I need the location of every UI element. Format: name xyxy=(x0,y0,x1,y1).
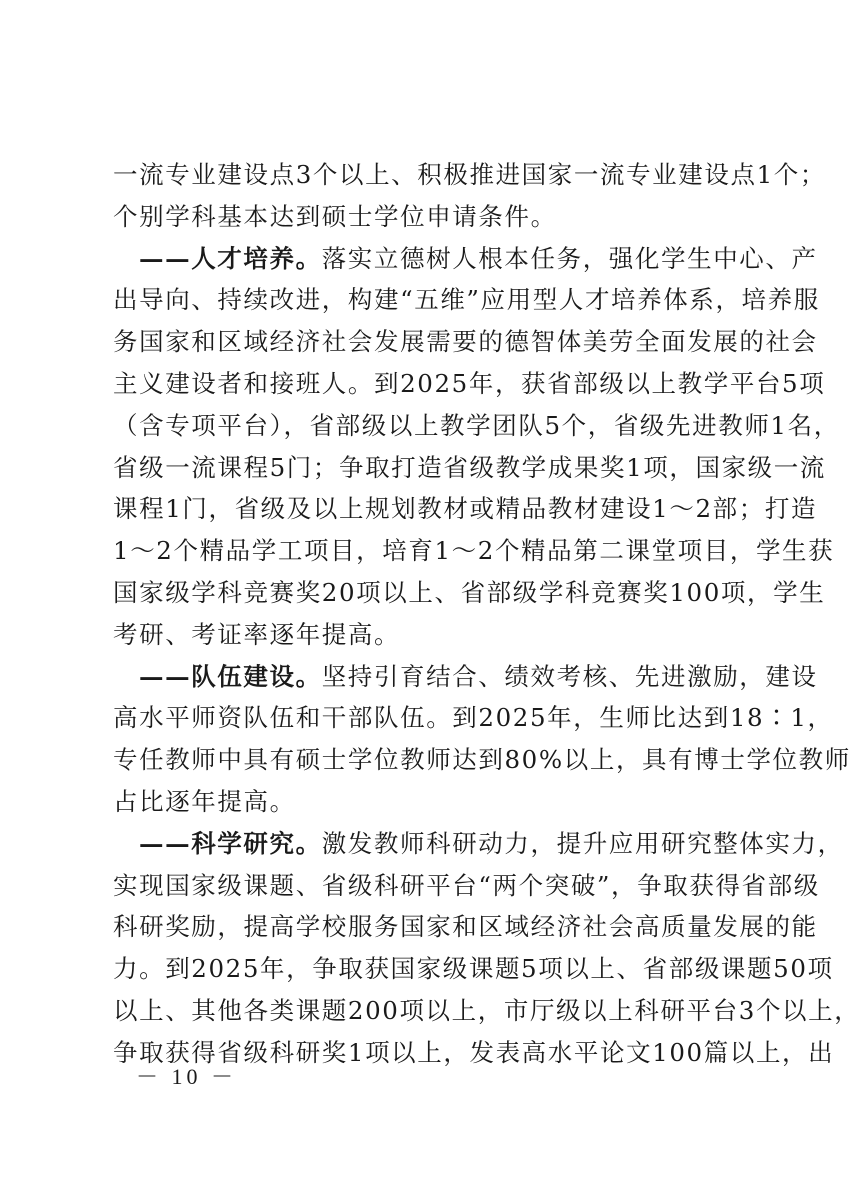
document-page: 一流专业建设点3个以上、积极推进国家一流专业建设点1个； 个别学科基本达到硕士学… xyxy=(0,0,849,1200)
text-line: 省级一流课程5门；争取打造省级教学成果奖1项，国家级一流 xyxy=(113,447,743,489)
text-line: 科研奖励，提高学校服务国家和区域经济社会高质量发展的能 xyxy=(113,906,743,948)
text-line: 出导向、持续改进，构建“五维”应用型人才培养体系，培养服 xyxy=(113,279,743,321)
section-heading-line: ——队伍建设。坚持引育结合、绩效考核、先进激励，建设 xyxy=(113,656,743,698)
body-text: 一流专业建设点3个以上、积极推进国家一流专业建设点1个； 个别学科基本达到硕士学… xyxy=(113,154,743,1074)
text-line: 高水平师资队伍和干部队伍。到2025年，生师比达到18∶1， xyxy=(113,697,743,739)
text-line: 国家级学科竞赛奖20项以上、省部级学科竞赛奖100项，学生 xyxy=(113,572,743,614)
text-line: 专任教师中具有硕士学位教师达到80%以上，具有博士学位教师 xyxy=(113,739,743,781)
section-heading-scientific-research: ——科学研究。 xyxy=(139,829,322,858)
section-heading-team-building: ——队伍建设。 xyxy=(139,662,322,691)
section-heading-line: ——科学研究。激发教师科研动力，提升应用研究整体实力， xyxy=(113,823,743,865)
text-line: 以上、其他各类课题200项以上，市厅级以上科研平台3个以上， xyxy=(113,990,743,1032)
text-line: 坚持引育结合、绩效考核、先进激励，建设 xyxy=(322,662,818,691)
text-line: 一流专业建设点3个以上、积极推进国家一流专业建设点1个； xyxy=(113,154,743,196)
page-number: － 10 － xyxy=(136,1060,237,1091)
text-line: （含专项平台），省部级以上教学团队5个，省级先进教师1名， xyxy=(113,405,743,447)
text-line: 课程1门，省级及以上规划教材或精品教材建设1～2部；打造 xyxy=(113,488,743,530)
text-line: 1～2个精品学工项目，培育1～2个精品第二课堂项目，学生获 xyxy=(113,530,743,572)
text-line: 力。到2025年，争取获国家级课题5项以上、省部级课题50项 xyxy=(113,948,743,990)
text-line: 主义建设者和接班人。到2025年，获省部级以上教学平台5项 xyxy=(113,363,743,405)
text-line: 占比逐年提高。 xyxy=(113,781,743,823)
text-line: 落实立德树人根本任务，强化学生中心、产 xyxy=(322,244,818,273)
text-line: 考研、考证率逐年提高。 xyxy=(113,614,743,656)
section-heading-line: ——人才培养。落实立德树人根本任务，强化学生中心、产 xyxy=(113,238,743,280)
text-line: 实现国家级课题、省级科研平台“两个突破”，争取获得省部级 xyxy=(113,865,743,907)
section-heading-talent-training: ——人才培养。 xyxy=(139,244,322,273)
text-line: 激发教师科研动力，提升应用研究整体实力， xyxy=(322,829,844,858)
text-line: 务国家和区域经济社会发展需要的德智体美劳全面发展的社会 xyxy=(113,321,743,363)
text-line: 个别学科基本达到硕士学位申请条件。 xyxy=(113,196,743,238)
